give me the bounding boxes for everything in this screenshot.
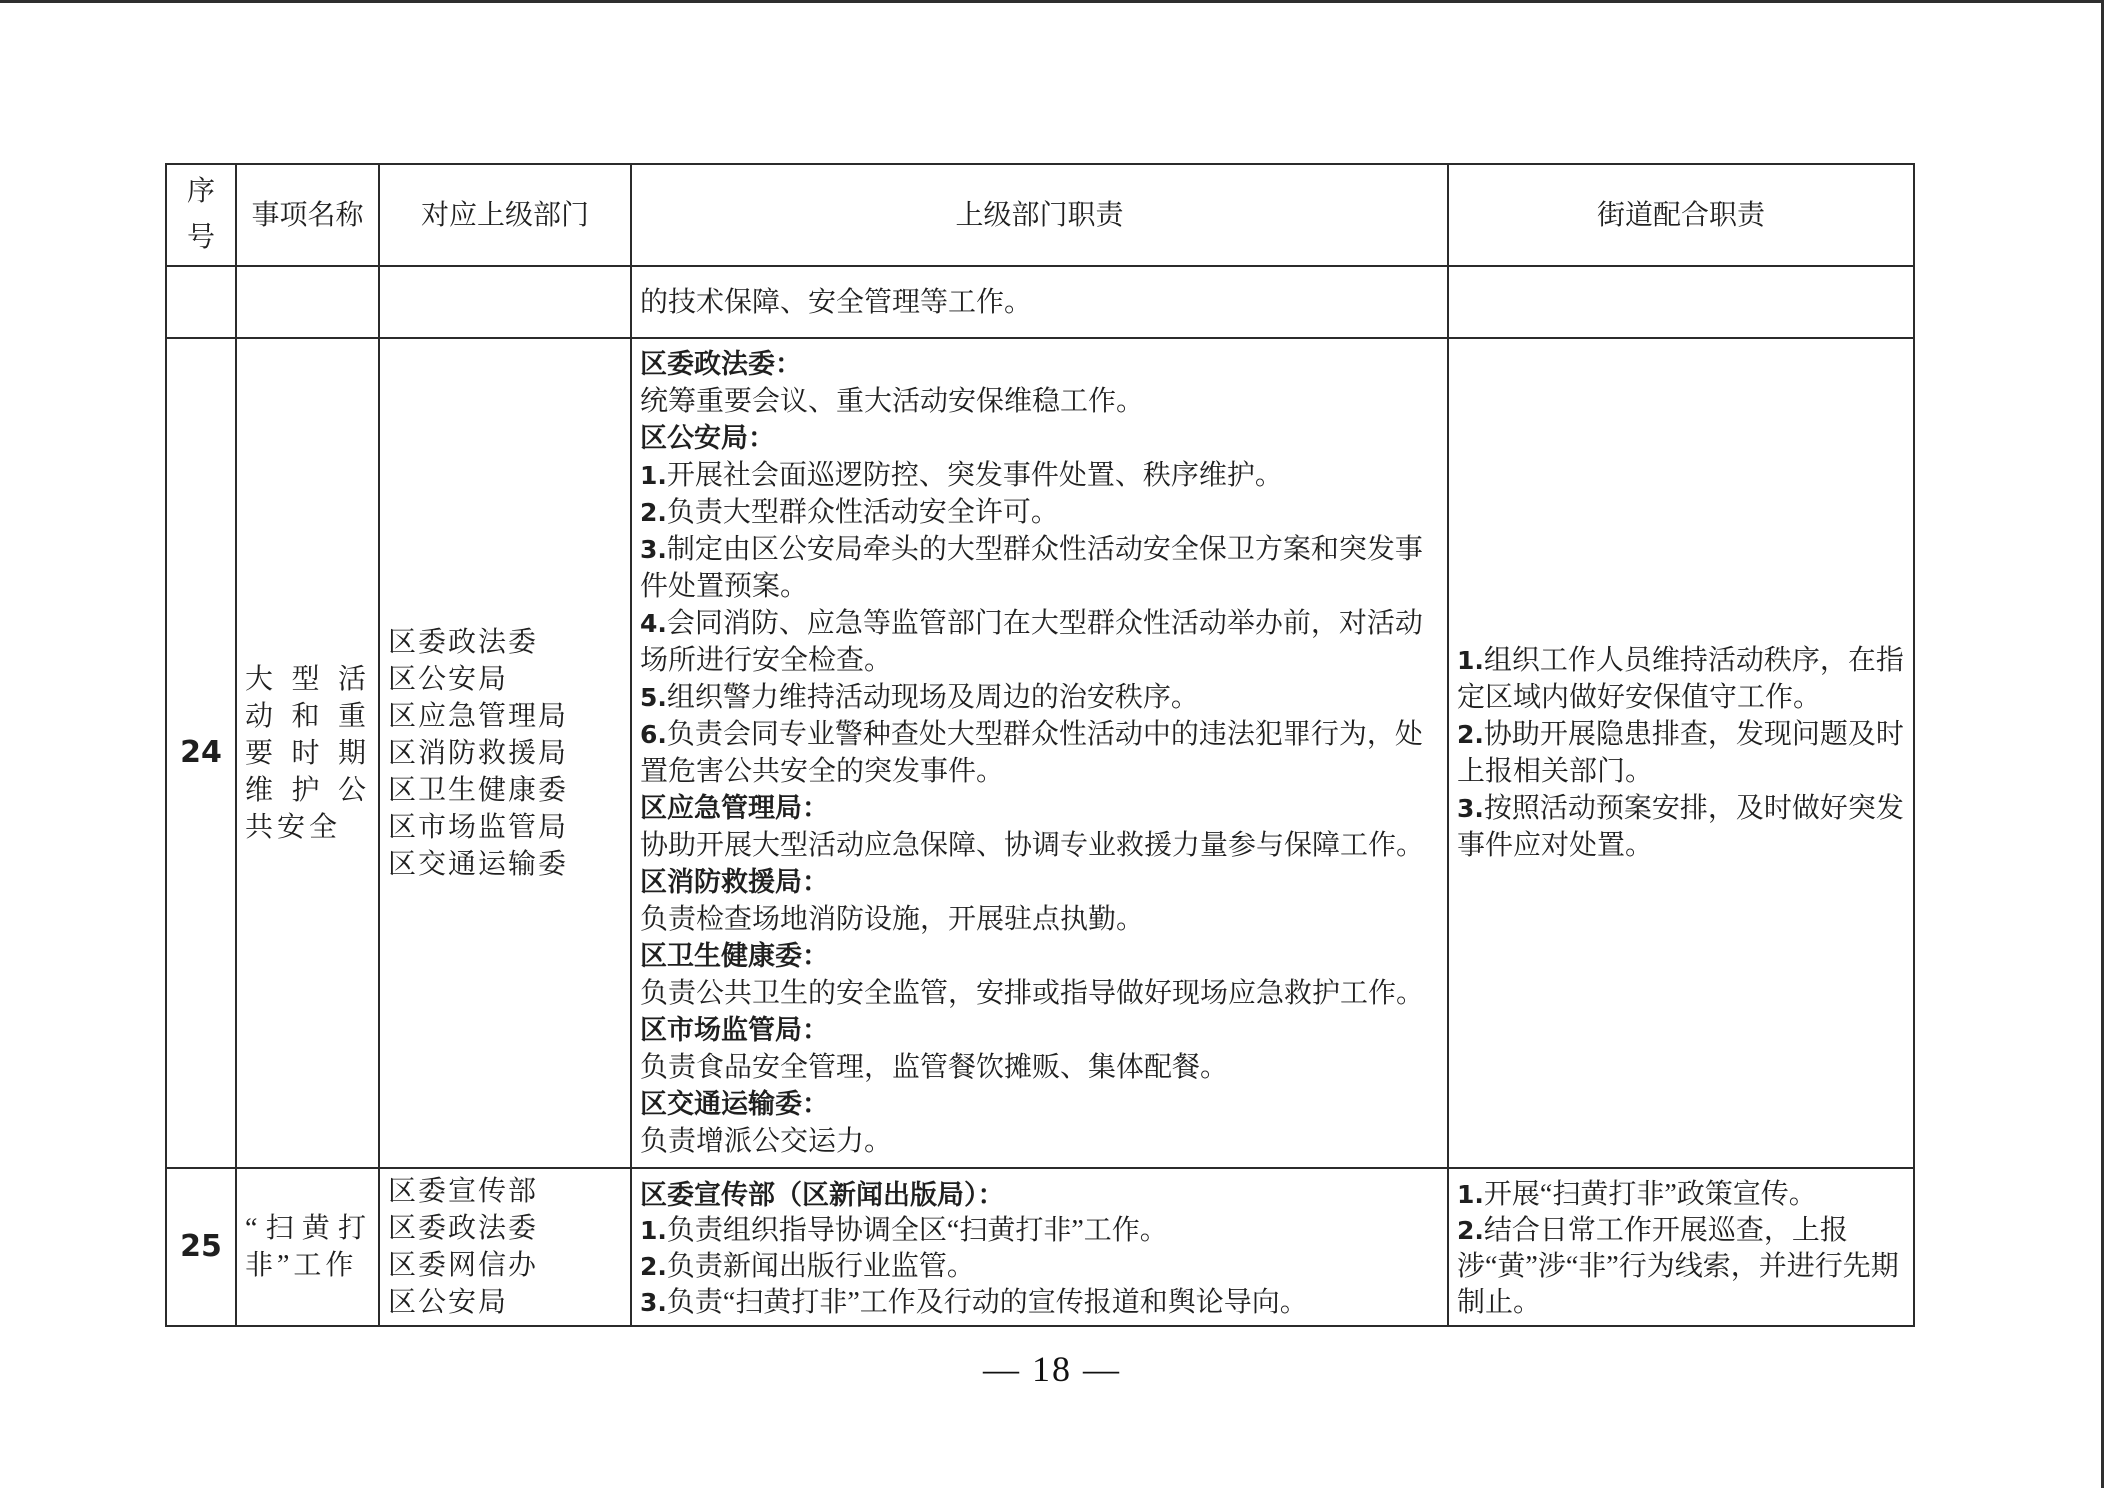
text-line: 2.协助开展隐患排查，发现问题及时上报相关部门。 <box>1457 716 1905 790</box>
empty-departments-cell <box>379 266 631 338</box>
departments-cell: 区委政法委区公安局区应急管理局区消防救援局区卫生健康委区市场监管局区交通运输委 <box>379 338 631 1168</box>
text-line: 2.负责大型群众性活动安全许可。 <box>640 494 1439 531</box>
list-number: 2. <box>1457 720 1484 749</box>
text-line: 3.负责“扫黄打非”工作及行动的宣传报道和舆论导向。 <box>640 1285 1439 1317</box>
text-line: 负责食品安全管理，监管餐饮摊贩、集体配餐。 <box>640 1049 1439 1086</box>
text-line: 区交通运输委： <box>640 1086 1439 1123</box>
list-number: 1. <box>640 1216 667 1245</box>
text-line: 区委政法委 <box>388 1210 622 1247</box>
list-number: 3. <box>640 535 667 564</box>
text-line: 1.开展“扫黄打非”政策宣传。 <box>1457 1177 1905 1213</box>
text-line: 区应急管理局 <box>388 698 622 735</box>
header-item-name: 事项名称 <box>236 164 379 266</box>
text-line: 协助开展大型活动应急保障、协调专业救援力量参与保障工作。 <box>640 827 1439 864</box>
text-line: 区卫生健康委 <box>388 772 622 809</box>
text-line: 区委政法委： <box>640 346 1439 383</box>
seq-number: 24 <box>180 735 222 770</box>
text-line: 的技术保障、安全管理等工作。 <box>640 284 1439 321</box>
list-number: 5. <box>640 683 667 712</box>
text-line: 6.负责会同专业警种查处大型群众性活动中的违法犯罪行为，处置危害公共安全的突发事… <box>640 716 1439 790</box>
seq-cell: 25 <box>166 1168 236 1326</box>
text-line: 负责增派公交运力。 <box>640 1123 1439 1160</box>
text-line: 5.组织警力维持活动现场及周边的治安秩序。 <box>640 679 1439 716</box>
text-line: 区应急管理局： <box>640 790 1439 827</box>
header-superior-duties: 上级部门职责 <box>631 164 1448 266</box>
departments-list: 区委政法委区公安局区应急管理局区消防救援局区卫生健康委区市场监管局区交通运输委 <box>388 624 622 883</box>
text-line: 3.按照活动预案安排，及时做好突发事件应对处置。 <box>1457 790 1905 864</box>
text-line: 1.组织工作人员维持活动秩序，在指定区域内做好安保值守工作。 <box>1457 642 1905 716</box>
list-number: 2. <box>640 498 667 527</box>
list-number: 3. <box>640 1288 667 1317</box>
text-line: 区委网信办 <box>388 1247 622 1284</box>
duties-text: 区委宣传部（区新闻出版局）：1.负责组织指导协调全区“扫黄打非”工作。2.负责新… <box>640 1177 1439 1317</box>
text-line: 2.负责新闻出版行业监管。 <box>640 1249 1439 1285</box>
row-25: 25 “扫黄打非”工作 区委宣传部区委政法委区委网信办区公安局 区委宣传部（区新… <box>166 1168 1914 1326</box>
list-number: 2. <box>1457 1216 1484 1245</box>
text-line: 区公安局： <box>640 420 1439 457</box>
departments-cell: 区委宣传部区委政法委区委网信办区公安局 <box>379 1168 631 1326</box>
duties-table: 序号 事项名称 对应上级部门 上级部门职责 街道配合职责 的技术保障、安全管理等… <box>165 163 1915 1327</box>
street-duties-cell: 1.组织工作人员维持活动秩序，在指定区域内做好安保值守工作。2.协助开展隐患排查… <box>1448 338 1914 1168</box>
list-number: 1. <box>1457 1180 1484 1209</box>
list-number: 1. <box>1457 646 1484 675</box>
seq-cell: 24 <box>166 338 236 1168</box>
header-seq-label: 序号 <box>186 169 217 261</box>
text-line: 区委宣传部（区新闻出版局）： <box>640 1177 1439 1213</box>
list-number: 4. <box>640 609 667 638</box>
empty-seq-cell <box>166 266 236 338</box>
text-line: 区公安局 <box>388 1284 622 1321</box>
duties-text: 1.开展“扫黄打非”政策宣传。2.结合日常工作开展巡查，上报涉“黄”涉“非”行为… <box>1457 1177 1905 1317</box>
text-line: 1.开展社会面巡逻防控、突发事件处置、秩序维护。 <box>640 457 1439 494</box>
text-line: 区市场监管局 <box>388 809 622 846</box>
text-line: 负责公共卫生的安全监管，安排或指导做好现场应急救护工作。 <box>640 975 1439 1012</box>
text-line: 区委政法委 <box>388 624 622 661</box>
item-name-cell: “扫黄打非”工作 <box>236 1168 379 1326</box>
page-number: — 18 — <box>0 1348 2104 1390</box>
text-line: 3.制定由区公安局牵头的大型群众性活动安全保卫方案和突发事件处置预案。 <box>640 531 1439 605</box>
text-line: 区卫生健康委： <box>640 938 1439 975</box>
text-line: 区公安局 <box>388 661 622 698</box>
header-row: 序号 事项名称 对应上级部门 上级部门职责 街道配合职责 <box>166 164 1914 266</box>
superior-duties-cell: 区委宣传部（区新闻出版局）：1.负责组织指导协调全区“扫黄打非”工作。2.负责新… <box>631 1168 1448 1326</box>
text-line: 1.负责组织指导协调全区“扫黄打非”工作。 <box>640 1213 1439 1249</box>
list-number: 6. <box>640 720 667 749</box>
text-line: 区委宣传部 <box>388 1173 622 1210</box>
list-number: 3. <box>1457 794 1484 823</box>
street-duties-cell: 1.开展“扫黄打非”政策宣传。2.结合日常工作开展巡查，上报涉“黄”涉“非”行为… <box>1448 1168 1914 1326</box>
header-street-duties: 街道配合职责 <box>1448 164 1914 266</box>
superior-duties-cell: 区委政法委：统筹重要会议、重大活动安保维稳工作。区公安局：1.开展社会面巡逻防控… <box>631 338 1448 1168</box>
text-line: 区消防救援局： <box>640 864 1439 901</box>
text-line: 区市场监管局： <box>640 1012 1439 1049</box>
duties-text: 的技术保障、安全管理等工作。 <box>640 284 1439 321</box>
empty-item-name-cell <box>236 266 379 338</box>
header-superior-department: 对应上级部门 <box>379 164 631 266</box>
row-continuation: 的技术保障、安全管理等工作。 <box>166 266 1914 338</box>
window-top-edge <box>0 0 2104 3</box>
seq-number: 25 <box>180 1229 222 1264</box>
text-line: 负责检查场地消防设施，开展驻点执勤。 <box>640 901 1439 938</box>
list-number: 2. <box>640 1252 667 1281</box>
duties-text: 区委政法委：统筹重要会议、重大活动安保维稳工作。区公安局：1.开展社会面巡逻防控… <box>640 346 1439 1160</box>
text-line: 4.会同消防、应急等监管部门在大型群众性活动举办前，对活动场所进行安全检查。 <box>640 605 1439 679</box>
row-24: 24 大型活动和重要时期维护公共安全 区委政法委区公安局区应急管理局区消防救援局… <box>166 338 1914 1168</box>
header-seq: 序号 <box>166 164 236 266</box>
duties-text: 1.组织工作人员维持活动秩序，在指定区域内做好安保值守工作。2.协助开展隐患排查… <box>1457 642 1905 864</box>
superior-duties-cell: 的技术保障、安全管理等工作。 <box>631 266 1448 338</box>
text-line: 统筹重要会议、重大活动安保维稳工作。 <box>640 383 1439 420</box>
departments-list: 区委宣传部区委政法委区委网信办区公安局 <box>388 1173 622 1321</box>
text-line: 2.结合日常工作开展巡查，上报涉“黄”涉“非”行为线索，并进行先期制止。 <box>1457 1213 1905 1317</box>
text-line: 区消防救援局 <box>388 735 622 772</box>
item-name-cell: 大型活动和重要时期维护公共安全 <box>236 338 379 1168</box>
text-line: 区交通运输委 <box>388 846 622 883</box>
empty-street-duties-cell <box>1448 266 1914 338</box>
list-number: 1. <box>640 461 667 490</box>
